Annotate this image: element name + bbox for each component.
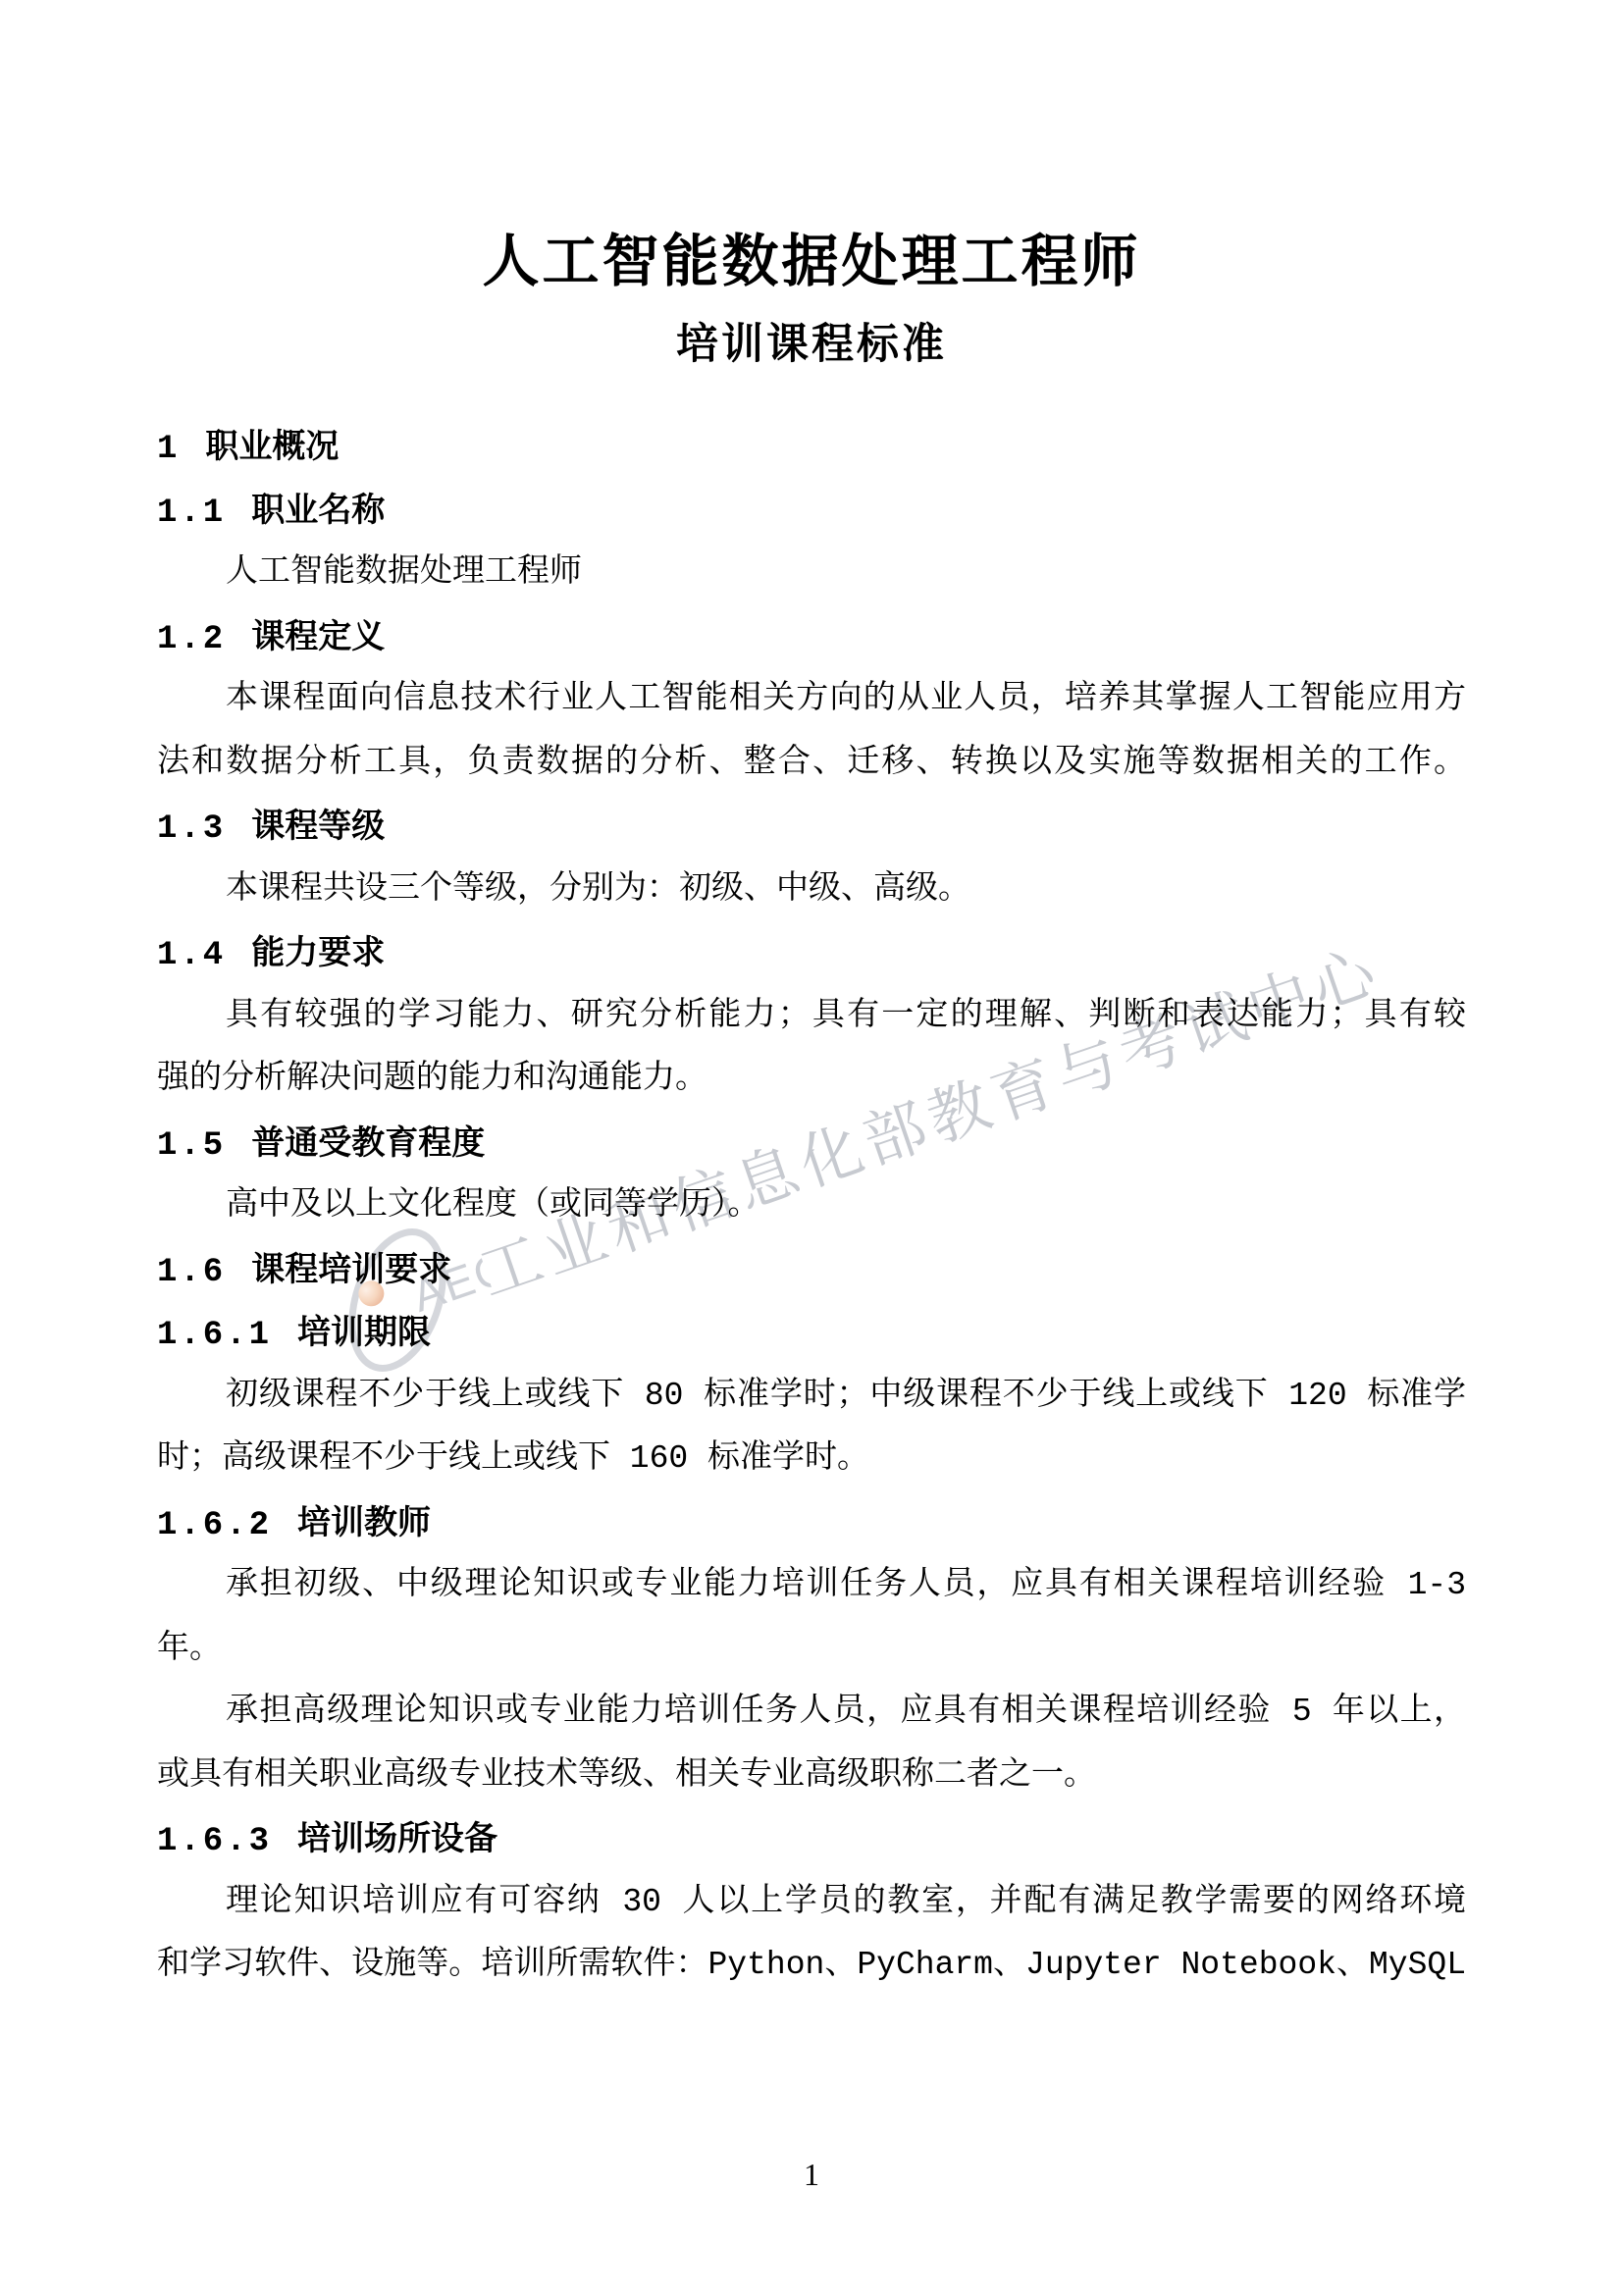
heading-number: 1.6.2 (157, 1507, 272, 1544)
line-text: 本课程共设三个等级，分别为：初级、中级、高级。 (226, 871, 970, 908)
section-heading: 1.5普通受教育程度 (157, 1112, 1466, 1175)
line-text: 初级课程不少于线上或线下 80 标准学时；中级课程不少于线上或线下 120 标准… (226, 1378, 1466, 1414)
paragraph-line: 或具有相关职业高级专业技术等级、相关专业高级职称二者之一。 (157, 1745, 1466, 1808)
line-text: 强的分析解决问题的能力和沟通能力。 (157, 1061, 707, 1097)
line-text: 承担初级、中级理论知识或专业能力培训任务人员，应具有相关课程培训经验 1-3 (226, 1567, 1466, 1603)
paragraph-line: 本课程面向信息技术行业人工智能相关方向的从业人员，培养其掌握人工智能应用方 (157, 668, 1466, 732)
heading-number: 1.2 (157, 621, 226, 658)
line-text: 年。 (157, 1631, 222, 1667)
line-text: 职业概况 (205, 428, 339, 465)
paragraph-line: 承担初级、中级理论知识或专业能力培训任务人员，应具有相关课程培训经验 1-3 (157, 1554, 1466, 1618)
line-text: 时；高级课程不少于线上或线下 160 标准学时。 (157, 1440, 869, 1477)
line-text: 培训场所设备 (297, 1820, 497, 1857)
section-heading: 1.4能力要求 (157, 921, 1466, 985)
section-heading: 1.3课程等级 (157, 795, 1466, 859)
section-heading: 1.1职业名称 (157, 479, 1466, 543)
paragraph-line: 具有较强的学习能力、研究分析能力；具有一定的理解、判断和表达能力；具有较 (157, 985, 1466, 1049)
document-subtitle: 培训课程标准 (0, 311, 1623, 371)
line-text: 培训期限 (297, 1314, 431, 1351)
line-text: 或具有相关职业高级专业技术等级、相关专业高级职称二者之一。 (157, 1757, 1096, 1794)
heading-number: 1.4 (157, 937, 226, 974)
heading-number: 1.6.1 (157, 1317, 272, 1354)
line-text: 高中及以上文化程度（或同等学历）。 (226, 1187, 760, 1224)
paragraph-line: 法和数据分析工具，负责数据的分析、整合、迁移、转换以及实施等数据相关的工作。 (157, 732, 1466, 796)
paragraph-line: 年。 (157, 1618, 1466, 1682)
paragraph-line: 高中及以上文化程度（或同等学历）。 (157, 1174, 1466, 1238)
line-text: 职业名称 (251, 492, 385, 529)
paragraph-line: 本课程共设三个等级，分别为：初级、中级、高级。 (157, 859, 1466, 922)
line-text: 课程定义 (251, 618, 385, 655)
line-text: 承担高级理论知识或专业能力培训任务人员，应具有相关课程培训经验 5 年以上， (226, 1694, 1466, 1730)
section-heading: 1职业概况 (157, 415, 1466, 479)
line-text: 和学习软件、设施等。培训所需软件：Python、PyCharm、Jupyter … (157, 1947, 1466, 1998)
heading-number: 1.6 (157, 1254, 226, 1291)
paragraph-line: 理论知识培训应有可容纳 30 人以上学员的教室，并配有满足教学需要的网络环境 (157, 1871, 1466, 1935)
line-text: 法和数据分析工具，负责数据的分析、整合、迁移、转换以及实施等数据相关的工作。 (157, 745, 1466, 781)
line-text: 普通受教育程度 (251, 1124, 485, 1162)
section-heading: 1.6课程培训要求 (157, 1238, 1466, 1302)
line-text: 本课程面向信息技术行业人工智能相关方向的从业人员，培养其掌握人工智能应用方 (226, 681, 1466, 717)
paragraph-line: 和学习软件、设施等。培训所需软件：Python、PyCharm、Jupyter … (157, 1934, 1466, 1998)
paragraph-line: 强的分析解决问题的能力和沟通能力。 (157, 1048, 1466, 1112)
page-number: 1 (0, 2157, 1623, 2193)
document-body: 1职业概况1.1职业名称人工智能数据处理工程师1.2课程定义本课程面向信息技术行… (157, 415, 1466, 1998)
line-text: 理论知识培训应有可容纳 30 人以上学员的教室，并配有满足教学需要的网络环境 (226, 1884, 1466, 1920)
heading-number: 1.5 (157, 1127, 226, 1165)
paragraph-line: 人工智能数据处理工程师 (157, 542, 1466, 605)
heading-number: 1.6.3 (157, 1823, 272, 1860)
line-text: 具有较强的学习能力、研究分析能力；具有一定的理解、判断和表达能力；具有较 (226, 998, 1466, 1034)
paragraph-line: 初级课程不少于线上或线下 80 标准学时；中级课程不少于线上或线下 120 标准… (157, 1365, 1466, 1429)
paragraph-line: 时；高级课程不少于线上或线下 160 标准学时。 (157, 1428, 1466, 1491)
line-text: 人工智能数据处理工程师 (226, 554, 582, 591)
section-heading: 1.2课程定义 (157, 605, 1466, 669)
line-text: 培训教师 (297, 1504, 431, 1541)
heading-number: 1.3 (157, 810, 226, 848)
line-text: 课程等级 (251, 808, 385, 845)
paragraph-line: 承担高级理论知识或专业能力培训任务人员，应具有相关课程培训经验 5 年以上， (157, 1681, 1466, 1745)
section-heading: 1.6.2培训教师 (157, 1491, 1466, 1555)
section-heading: 1.6.1培训期限 (157, 1301, 1466, 1365)
line-text: 能力要求 (251, 934, 385, 971)
heading-number: 1.1 (157, 495, 226, 532)
heading-number: 1 (157, 431, 180, 468)
line-text: 课程培训要求 (251, 1251, 451, 1288)
document-page: AEC 工业和信息化部教育与考试中心 人工智能数据处理工程师 培训课程标准 1职… (0, 0, 1623, 2296)
section-heading: 1.6.3培训场所设备 (157, 1807, 1466, 1871)
document-title: 人工智能数据处理工程师 (0, 215, 1623, 297)
